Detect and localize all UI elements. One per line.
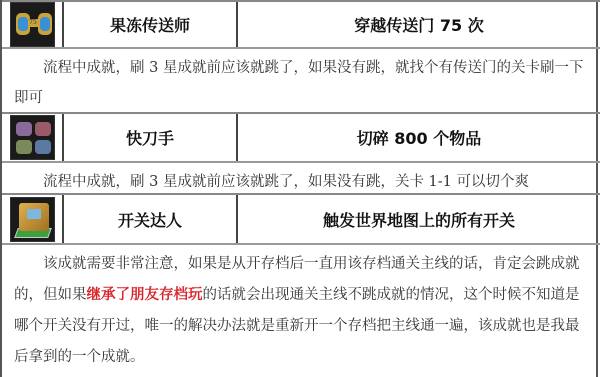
icon-cell: 75 bbox=[2, 2, 64, 47]
achievement-condition: 触发世界地图上的所有开关 bbox=[238, 195, 600, 243]
achievement-description: 流程中成就，刷 3 星成就前应该就跳了，如果没有跳，关卡 1-1 可以切个爽 bbox=[2, 161, 600, 193]
achievement-name: 快刀手 bbox=[64, 114, 238, 161]
highlighted-text: 继承了朋友存档玩 bbox=[87, 287, 203, 303]
icon-cell bbox=[2, 114, 64, 161]
achievement-description: 该成就需要非常注意，如果是从开存档后一直用该存档通关主线的话，肯定会跳成就的，但… bbox=[2, 243, 600, 377]
portal-achievement-icon: 75 bbox=[10, 2, 55, 47]
achievement-row: 快刀手 切碎 800 个物品 bbox=[2, 112, 600, 161]
description-text: 该成就需要非常注意，如果是从开存档后一直用该存档通关主线的话，肯定会跳成就的，但… bbox=[14, 249, 588, 373]
achievement-description: 流程中成就，刷 3 星成就前应该就跳了，如果没有跳，就找个有传送门的关卡刷一下即… bbox=[2, 47, 600, 112]
achievement-table: 75 果冻传送师 穿越传送门 75 次 流程中成就，刷 3 星成就前应该就跳了，… bbox=[0, 0, 598, 377]
icon-cell bbox=[2, 195, 64, 243]
achievement-name: 果冻传送师 bbox=[64, 2, 238, 47]
achievement-condition: 切碎 800 个物品 bbox=[238, 114, 600, 161]
cake-achievement-icon bbox=[10, 115, 55, 160]
switch-achievement-icon bbox=[10, 197, 55, 242]
achievement-row: 开关达人 触发世界地图上的所有开关 bbox=[2, 193, 600, 243]
achievement-name: 开关达人 bbox=[64, 195, 238, 243]
achievement-condition: 穿越传送门 75 次 bbox=[238, 2, 600, 47]
achievement-row: 75 果冻传送师 穿越传送门 75 次 bbox=[2, 0, 600, 47]
description-text: 流程中成就，刷 3 星成就前应该就跳了，如果没有跳，就找个有传送门的关卡刷一下即… bbox=[14, 53, 588, 113]
